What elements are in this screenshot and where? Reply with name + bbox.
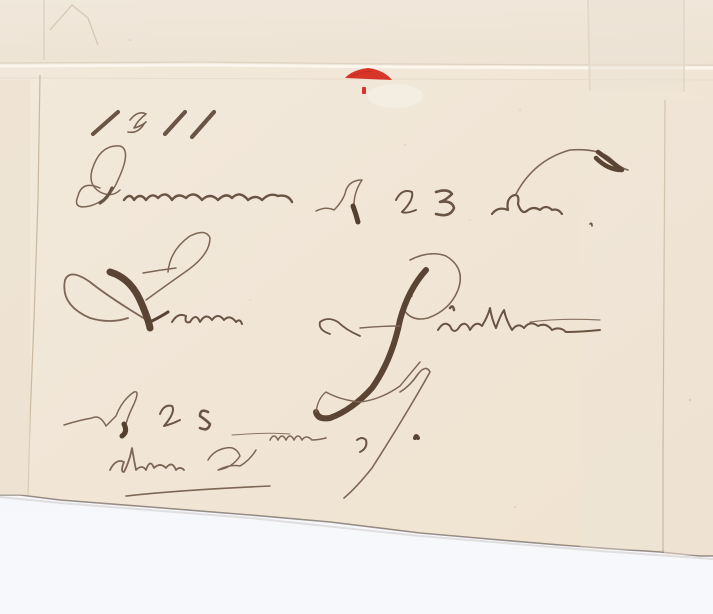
document-scan: 1811 Bremen d. 23 Febr. Laun & Günther d… [0, 0, 713, 614]
letter-paper [0, 0, 713, 614]
